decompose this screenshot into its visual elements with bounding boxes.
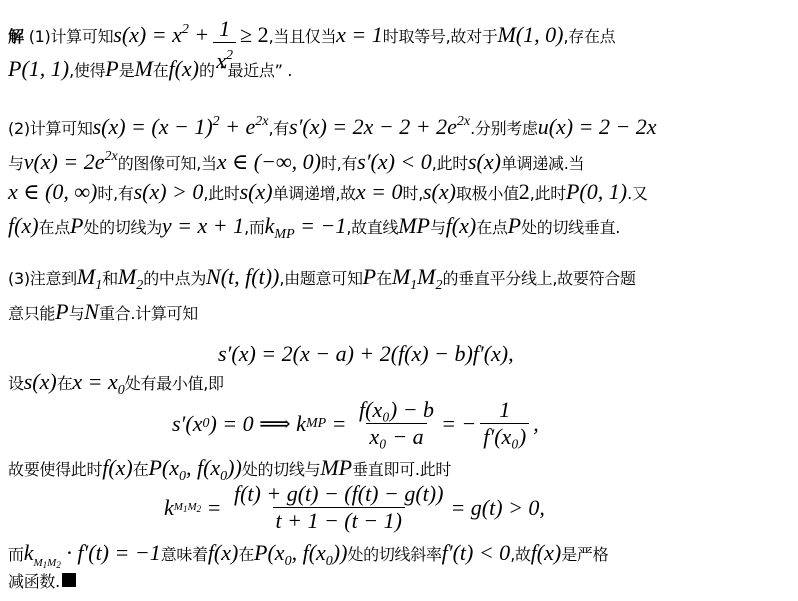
- equation-slope-m1m2: kM1M2 = f(t) + g(t) − (f(t) − g(t))t + 1…: [164, 481, 545, 534]
- solution-label: 解: [8, 25, 24, 49]
- part3-line6: 减函数.: [8, 570, 76, 594]
- part2-line1: (2)计算可知 s(x) = (x − 1)2 + e2x ,有 s′(x) =…: [8, 110, 657, 141]
- solution-document: 解 (1)计算可知 s(x) = x2 + 1x2 ≥ 2 ,当且仅当 x = …: [0, 0, 798, 601]
- equation-derivative: s′(x) = 2(x − a) + 2(f(x) − b)f′(x),: [218, 341, 514, 367]
- part2-line4: f(x) 在点 P 处的切线为 y = x + 1 ,而 kMP = −1 ,故…: [8, 214, 620, 247]
- part2-line2: 与 v(x) = 2e2x 的图像可知,当 x ∈ (−∞, 0) 时,有 s′…: [8, 145, 584, 176]
- fraction: 1f′(x₀): [480, 397, 529, 450]
- qed-square-icon: [62, 573, 76, 587]
- fraction: f(x₀) − bx₀ − a: [356, 397, 437, 450]
- math: s(x) = x2 +: [113, 18, 209, 47]
- part3-line2: 意只能 P 与 N 重合.计算可知: [8, 300, 198, 326]
- equation-slope-mp: s′(x0) = 0 ⟹ kMP = f(x₀) − bx₀ − a = − 1…: [172, 397, 539, 450]
- part1-line2: P(1, 1) ,使得 P 是 M 在 f(x) 的 “最近点” .: [8, 57, 292, 83]
- part3-line1: (3)注意到 M1 和 M2 的中点为 N(t, f(t)) ,由题意可知 P …: [8, 265, 636, 298]
- part3-line5: 而 kM1M2 · f′(t) = −1 意味着 f(x) 在 P(x0, f(…: [8, 541, 608, 577]
- part2-line3: x ∈ (0, ∞) 时,有 s(x) > 0 ,此时 s(x) 单调递增,故 …: [8, 180, 648, 206]
- fraction: f(t) + g(t) − (f(t) − g(t))t + 1 − (t − …: [231, 481, 446, 534]
